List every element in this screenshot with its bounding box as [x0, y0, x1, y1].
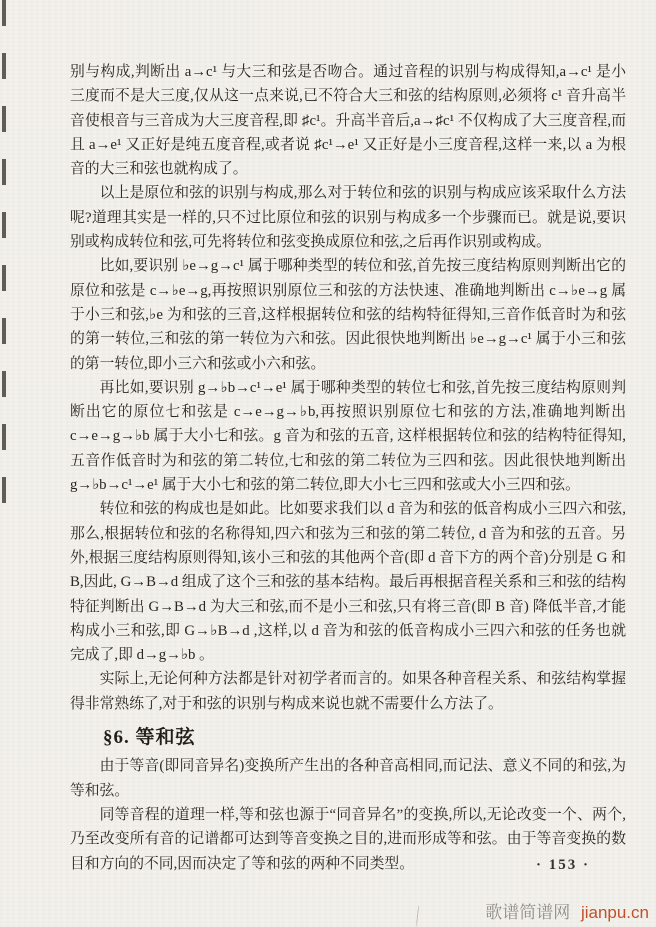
left-binding-dash-marks — [2, 0, 6, 506]
page-text-column: 别与构成,判断出 a→c¹ 与大三和弦是否吻合。通过音程的识别与构成得知,a→c… — [70, 60, 626, 876]
paragraph-example-seventh-chord-inversion: 再比如,要识别 g→♭b→c¹→e¹ 属于哪种类型的转位七和弦,首先按三度结构原… — [70, 376, 626, 497]
section-heading-enharmonic-chords: §6. 等和弦 — [70, 726, 626, 750]
paragraph-inverted-chord-building: 转位和弦的构成也是如此。比如要求我们以 d 音为和弦的低音构成小三四六和弦,那么… — [70, 497, 626, 667]
watermark-site-url: jianpu.cn — [581, 903, 649, 922]
paragraph-enharmonic-chord-definition: 由于等音(即同音异名)变换所产生出的各种音高相同,而记法、意义不同的和弦,为等和… — [70, 754, 626, 803]
watermark-site-name: 歌谱简谱网 — [485, 903, 570, 922]
page-number: · 153 · — [536, 857, 590, 874]
paragraph-chord-construction-continued: 别与构成,判断出 a→c¹ 与大三和弦是否吻合。通过音程的识别与构成得知,a→c… — [70, 60, 626, 181]
paragraph-inverted-chord-method: 以上是原位和弦的识别与构成,那么对于转位和弦的识别与构成应该采取什么方法呢?道理… — [70, 181, 626, 254]
paragraph-beginner-note: 实际上,无论何种方法都是针对初学者而言的。如果各种音程关系、和弦结构掌握得非常熟… — [70, 667, 626, 716]
paragraph-example-triad-inversion: 比如,要识别 ♭e→g→c¹ 属于哪种类型的转位和弦,首先按三度结构原则判断出它… — [70, 254, 626, 375]
watermark: 歌谱简谱网 jianpu.cn — [485, 898, 649, 923]
